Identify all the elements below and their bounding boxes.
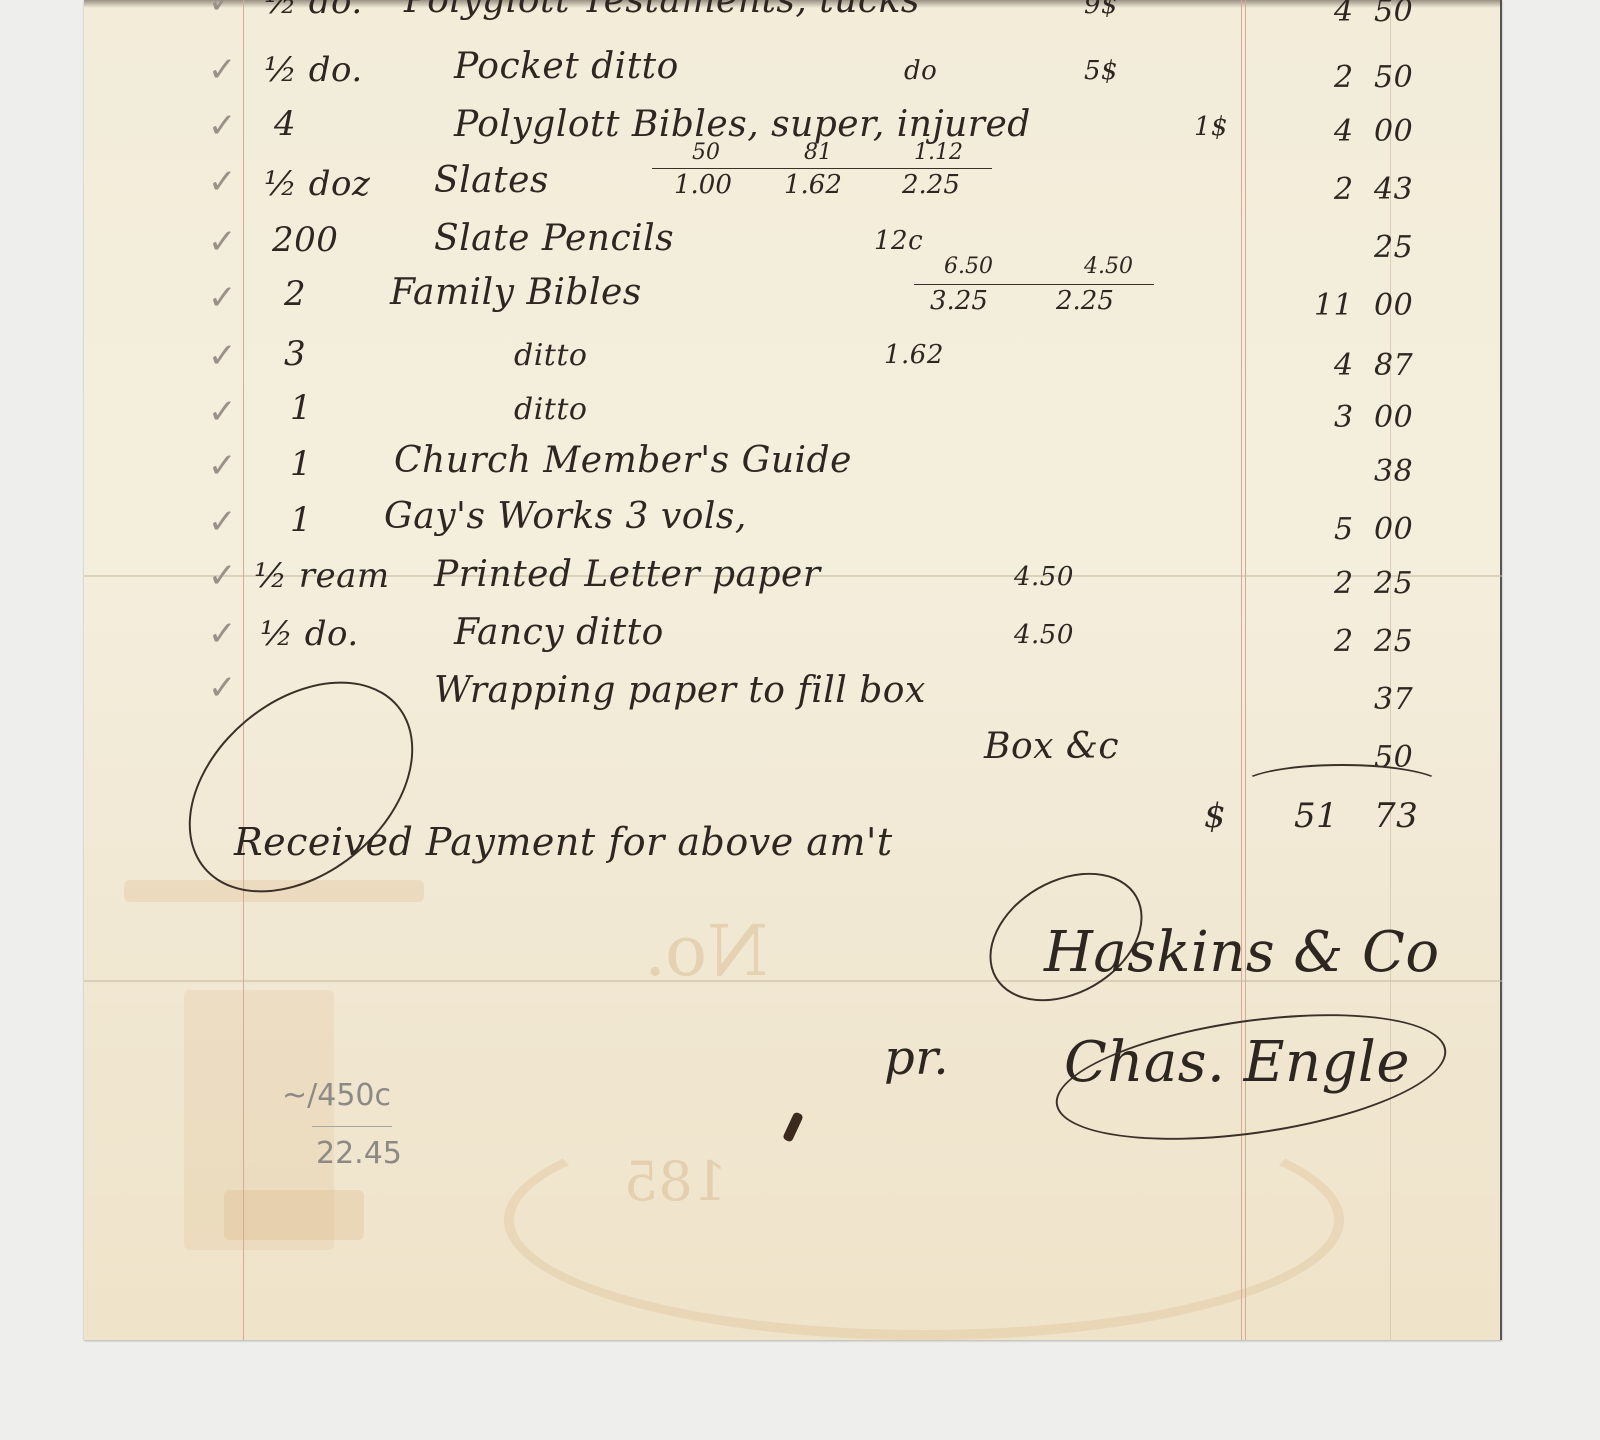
check-mark: ✓: [208, 222, 237, 262]
fraction-bottom: 1.00: [674, 170, 732, 200]
item-cents: 43: [1374, 172, 1413, 207]
item-dollars: 2: [1334, 624, 1354, 659]
item-description: Wrapping paper to fill box: [434, 670, 926, 711]
item-description: Family Bibles: [390, 272, 642, 313]
item-cents: 25: [1374, 230, 1413, 265]
dollars-column-rule: [1241, 0, 1242, 1340]
pencil-note: 22.45: [316, 1136, 402, 1171]
fraction-bottom: 2.25: [902, 170, 960, 200]
item-cents: 50: [1374, 60, 1413, 95]
fraction-bottom: 2.25: [1056, 286, 1114, 316]
signature-per: pr.: [884, 1030, 949, 1086]
dollars-column-rule-double: [1245, 0, 1246, 1340]
item-cents: 87: [1374, 348, 1413, 383]
item-dollars: 3: [1334, 400, 1354, 435]
item-cents: 00: [1374, 288, 1413, 323]
fraction-top: 81: [804, 140, 832, 165]
item-qty: 200: [272, 220, 338, 260]
fraction-bottom: 1.62: [784, 170, 842, 200]
item-description: Fancy ditto: [454, 612, 664, 653]
item-description: Pocket ditto: [454, 46, 679, 87]
item-description: Polyglott Testaments, tucks: [404, 0, 920, 21]
item-description: Polyglott Bibles, super, injured: [454, 104, 1031, 145]
check-mark: ✓: [208, 392, 237, 432]
check-mark: ✓: [208, 50, 237, 90]
check-mark: ✓: [208, 502, 237, 542]
check-mark: ✓: [208, 614, 237, 654]
item-cents: 38: [1374, 454, 1413, 489]
pencil-note: ~/450c: [282, 1078, 391, 1113]
item-dollars: 11: [1314, 288, 1353, 323]
check-mark: ✓: [208, 278, 237, 318]
item-qty: 1: [290, 444, 312, 484]
item-qty: 2: [284, 274, 306, 314]
fraction-top: 50: [692, 140, 720, 165]
item-dollars: 4: [1334, 0, 1354, 29]
fraction-top: 6.50: [944, 254, 993, 279]
check-mark: ✓: [208, 668, 237, 708]
item-qty: ½ do.: [264, 50, 363, 90]
item-description: Church Member's Guide: [394, 440, 852, 481]
item-qty: 4: [274, 104, 296, 144]
total-dollars: 51: [1294, 796, 1338, 836]
item-dollars: 2: [1334, 172, 1354, 207]
item-unit-price: 5$: [1084, 56, 1118, 86]
item-description: ditto: [514, 338, 587, 373]
item-cents: 50: [1374, 0, 1413, 29]
signature-firm: Haskins & Co: [1044, 920, 1440, 985]
item-unit-price: 1$: [1194, 112, 1228, 142]
item-dollars: 4: [1334, 114, 1354, 149]
fraction-top: 1.12: [914, 140, 963, 165]
total-currency: $: [1204, 796, 1226, 836]
item-dollars: 2: [1334, 566, 1354, 601]
invoice-paper: 185 No. ✓ ½ do. Polyglott Testaments, tu…: [84, 0, 1502, 1340]
item-unit-price: 12c: [874, 226, 923, 256]
item-description: Gay's Works 3 vols,: [384, 496, 747, 537]
item-description: Printed Letter paper: [434, 554, 821, 595]
item-description: Box &c: [984, 726, 1119, 767]
item-qty: ½ do.: [264, 0, 363, 22]
item-cents: 00: [1374, 512, 1413, 547]
check-mark: ✓: [208, 162, 237, 202]
item-cents: 37: [1374, 682, 1413, 717]
item-cents: 25: [1374, 566, 1413, 601]
fraction-rule: [914, 284, 1154, 285]
stain: [224, 1190, 364, 1240]
item-unit-price: 9$: [1084, 0, 1118, 20]
item-note: do: [904, 56, 937, 86]
item-description: Slate Pencils: [434, 218, 674, 259]
item-qty: 1: [290, 500, 312, 540]
fraction-top: 4.50: [1084, 254, 1133, 279]
item-qty: 3: [284, 334, 306, 374]
item-unit-price: 4.50: [1014, 562, 1074, 592]
pencil-rule: [312, 1126, 392, 1127]
item-description: ditto: [514, 392, 587, 427]
item-cents: 00: [1374, 400, 1413, 435]
item-dollars: 4: [1334, 348, 1354, 383]
item-unit-price: 1.62: [884, 340, 944, 370]
receipt-line: Received Payment for above am't: [234, 820, 893, 864]
fraction-rule: [652, 168, 992, 169]
item-dollars: 5: [1334, 512, 1354, 547]
check-mark: ✓: [208, 336, 237, 376]
fraction-bottom: 3.25: [930, 286, 988, 316]
bleed-through-mark: No.: [644, 910, 768, 992]
item-unit-price: 4.50: [1014, 620, 1074, 650]
check-mark: ✓: [208, 0, 237, 22]
item-dollars: 2: [1334, 60, 1354, 95]
check-mark: ✓: [208, 446, 237, 486]
check-mark: ✓: [208, 556, 237, 596]
item-cents: 25: [1374, 624, 1413, 659]
item-qty: ½ ream: [254, 556, 390, 596]
total-cents: 73: [1374, 796, 1418, 836]
item-qty: ½ do.: [260, 614, 359, 654]
item-cents: 00: [1374, 114, 1413, 149]
check-mark: ✓: [208, 106, 237, 146]
item-description: Slates: [434, 160, 549, 201]
item-qty: ½ doz: [264, 164, 370, 204]
item-qty: 1: [290, 388, 312, 428]
